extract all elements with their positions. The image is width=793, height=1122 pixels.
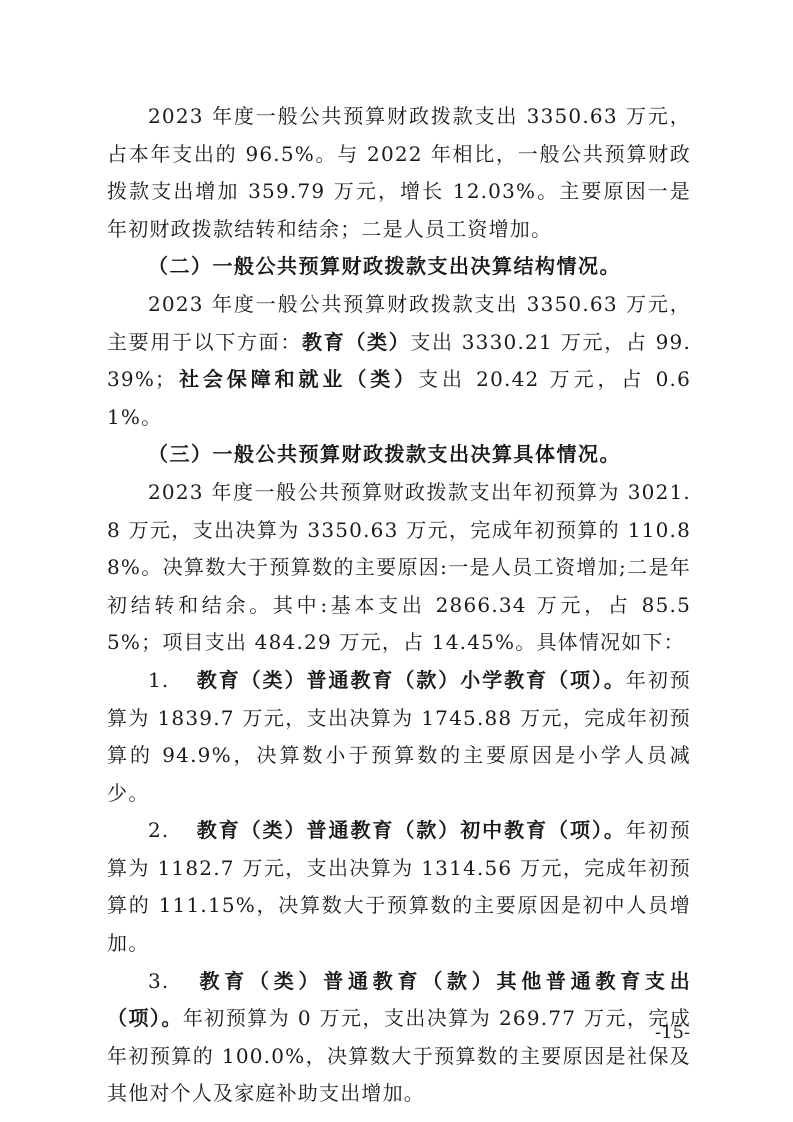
paragraph-expenditure-details: 2023 年度一般公共预算财政拨款支出年初预算为 3021.8 万元，支出决算为…	[107, 474, 691, 662]
section-heading-details: （三）一般公共预算财政拨款支出决算具体情况。	[107, 436, 691, 474]
paragraph-expenditure-summary: 2023 年度一般公共预算财政拨款支出 3350.63 万元，占本年支出的 96…	[107, 98, 691, 248]
list-item-junior-high-education: 2.教育（类）普通教育（款）初中教育（项）。年初预算为 1182.7 万元，支出…	[107, 812, 691, 962]
item-title: 教育（类）普通教育（款）初中教育（项）。	[196, 818, 626, 842]
item-text: 年初预算为 0 万元，支出决算为 269.77 万元，完成年初预算的 100.0…	[107, 1006, 691, 1105]
item-title: 教育（类）普通教育（款）小学教育（项）。	[196, 668, 626, 692]
item-number: 2.	[148, 812, 196, 850]
list-item-other-education: 3.教育（类）普通教育（款）其他普通教育支出（项）。年初预算为 0 万元，支出决…	[107, 963, 691, 1113]
paragraph-expenditure-structure: 2023 年度一般公共预算财政拨款支出 3350.63 万元，主要用于以下方面：…	[107, 286, 691, 436]
item-number: 1.	[148, 662, 196, 700]
section-heading-structure: （二）一般公共预算财政拨款支出决算结构情况。	[107, 248, 691, 286]
list-item-primary-education: 1.教育（类）普通教育（款）小学教育（项）。年初预算为 1839.7 万元，支出…	[107, 662, 691, 812]
item-number: 3.	[148, 963, 196, 1001]
document-page: 2023 年度一般公共预算财政拨款支出 3350.63 万元，占本年支出的 96…	[107, 98, 691, 1113]
category-social-security-label: 社会保障和就业（类）	[176, 367, 418, 391]
category-education-label: 教育（类）	[302, 330, 410, 354]
page-number: -15-	[655, 1022, 690, 1043]
